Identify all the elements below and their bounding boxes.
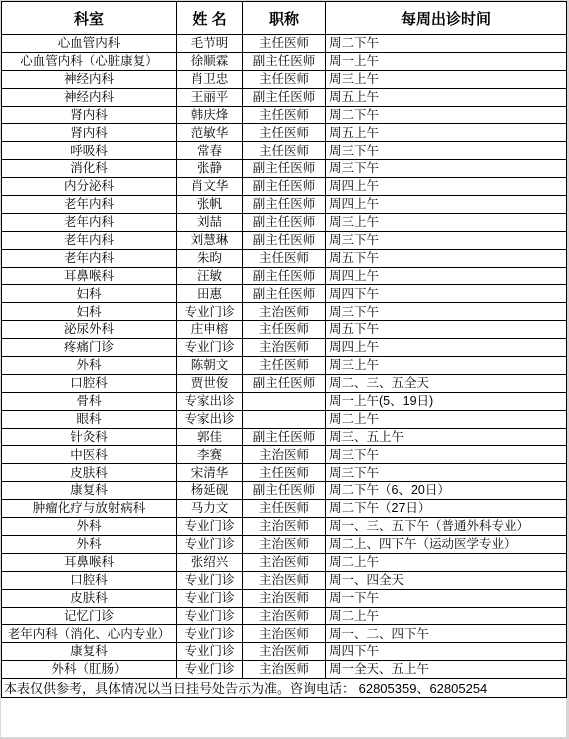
cell-schedule: 周一、三、五下午（普通外科专业） xyxy=(326,518,567,536)
cell-title: 副主任医师 xyxy=(243,178,326,196)
cell-name: 肖卫忠 xyxy=(177,70,243,88)
cell-title: 主治医师 xyxy=(243,589,326,607)
cell-schedule: 周二上午 xyxy=(326,607,567,625)
cell-schedule: 周四上午 xyxy=(326,267,567,285)
cell-name: 专业门诊 xyxy=(177,339,243,357)
cell-schedule: 周四上午 xyxy=(326,178,567,196)
column-header: 每周出诊时间 xyxy=(326,2,567,35)
cell-schedule: 周二上午 xyxy=(326,553,567,571)
cell-schedule: 周四上午 xyxy=(326,339,567,357)
table-row: 老年内科（消化、心内专业）专业门诊主治医师周一、二、四下午 xyxy=(2,625,567,643)
cell-department: 肾内科 xyxy=(2,124,177,142)
table-row: 口腔科专业门诊主治医师周一、四全天 xyxy=(2,571,567,589)
cell-title xyxy=(243,410,326,428)
cell-title: 主任医师 xyxy=(243,249,326,267)
table-row: 疼痛门诊专业门诊主治医师周四上午 xyxy=(2,339,567,357)
cell-schedule: 周三、五上午 xyxy=(326,428,567,446)
cell-name: 陈朝文 xyxy=(177,357,243,375)
table-row: 妇科专业门诊主治医师周三下午 xyxy=(2,303,567,321)
cell-department: 妇科 xyxy=(2,303,177,321)
cell-title: 主任医师 xyxy=(243,500,326,518)
cell-department: 康复科 xyxy=(2,482,177,500)
cell-schedule: 周一上午 xyxy=(326,52,567,70)
cell-department: 记忆门诊 xyxy=(2,607,177,625)
cell-department: 妇科 xyxy=(2,285,177,303)
cell-department: 皮肤科 xyxy=(2,464,177,482)
table-row: 老年内科朱昀主任医师周五下午 xyxy=(2,249,567,267)
cell-title: 副主任医师 xyxy=(243,267,326,285)
cell-department: 外科 xyxy=(2,518,177,536)
cell-schedule: 周四下午 xyxy=(326,285,567,303)
cell-name: 专业门诊 xyxy=(177,625,243,643)
cell-title: 副主任医师 xyxy=(243,482,326,500)
cell-title: 副主任医师 xyxy=(243,88,326,106)
cell-department: 肿瘤化疗与放射病科 xyxy=(2,500,177,518)
cell-department: 老年内科 xyxy=(2,196,177,214)
cell-title: 副主任医师 xyxy=(243,52,326,70)
cell-title: 主治医师 xyxy=(243,339,326,357)
cell-title: 副主任医师 xyxy=(243,428,326,446)
table-row: 眼科专家出诊周二上午 xyxy=(2,410,567,428)
cell-name: 张帆 xyxy=(177,196,243,214)
cell-department: 心血管内科（心脏康复） xyxy=(2,52,177,70)
cell-title: 主任医师 xyxy=(243,357,326,375)
cell-title xyxy=(243,392,326,410)
header-row: 科室姓 名职称每周出诊时间 xyxy=(2,2,567,35)
cell-schedule: 周五下午 xyxy=(326,321,567,339)
cell-schedule: 周五上午 xyxy=(326,124,567,142)
table-row: 皮肤科宋清华主任医师周三下午 xyxy=(2,464,567,482)
table-row: 消化科张静副主任医师周三下午 xyxy=(2,160,567,178)
table-row: 外科专业门诊主治医师周一、三、五下午（普通外科专业） xyxy=(2,518,567,536)
cell-department: 眼科 xyxy=(2,410,177,428)
table-row: 呼吸科常春主任医师周三下午 xyxy=(2,142,567,160)
cell-schedule: 周三下午 xyxy=(326,160,567,178)
cell-schedule: 周五上午 xyxy=(326,88,567,106)
cell-title: 主治医师 xyxy=(243,553,326,571)
cell-name: 专业门诊 xyxy=(177,535,243,553)
cell-name: 杨延砚 xyxy=(177,482,243,500)
cell-title: 主任医师 xyxy=(243,106,326,124)
table-row: 口腔科贾世俊副主任医师周二、三、五全天 xyxy=(2,374,567,392)
cell-name: 常春 xyxy=(177,142,243,160)
cell-name: 毛节明 xyxy=(177,35,243,53)
table-row: 耳鼻喉科张绍兴主治医师周二上午 xyxy=(2,553,567,571)
cell-schedule: 周三上午 xyxy=(326,70,567,88)
cell-name: 庄申榕 xyxy=(177,321,243,339)
table-row: 康复科杨延砚副主任医师周二下午（6、20日） xyxy=(2,482,567,500)
cell-department: 外科 xyxy=(2,535,177,553)
cell-title: 主任医师 xyxy=(243,70,326,88)
cell-department: 老年内科 xyxy=(2,249,177,267)
cell-schedule: 周三上午 xyxy=(326,357,567,375)
cell-department: 老年内科 xyxy=(2,231,177,249)
cell-name: 刘慧琳 xyxy=(177,231,243,249)
table-row: 老年内科刘慧琳副主任医师周三下午 xyxy=(2,231,567,249)
cell-department: 心血管内科 xyxy=(2,35,177,53)
cell-schedule: 周一下午 xyxy=(326,589,567,607)
cell-title: 主治医师 xyxy=(243,661,326,679)
page: 科室姓 名职称每周出诊时间 心血管内科毛节明主任医师周二下午心血管内科（心脏康复… xyxy=(0,0,569,739)
cell-department: 消化科 xyxy=(2,160,177,178)
table-body: 心血管内科毛节明主任医师周二下午心血管内科（心脏康复）徐顺霖副主任医师周一上午神… xyxy=(2,35,567,679)
cell-name: 张静 xyxy=(177,160,243,178)
cell-department: 疼痛门诊 xyxy=(2,339,177,357)
cell-schedule: 周一上午(5、19日) xyxy=(326,392,567,410)
cell-name: 专业门诊 xyxy=(177,571,243,589)
cell-department: 神经内科 xyxy=(2,70,177,88)
cell-schedule: 周一、二、四下午 xyxy=(326,625,567,643)
cell-title: 主治医师 xyxy=(243,518,326,536)
schedule-table: 科室姓 名职称每周出诊时间 心血管内科毛节明主任医师周二下午心血管内科（心脏康复… xyxy=(1,1,567,698)
cell-title: 主治医师 xyxy=(243,607,326,625)
cell-name: 专业门诊 xyxy=(177,518,243,536)
cell-name: 王丽平 xyxy=(177,88,243,106)
cell-schedule: 周四下午 xyxy=(326,643,567,661)
cell-schedule: 周三下午 xyxy=(326,231,567,249)
cell-name: 李赛 xyxy=(177,446,243,464)
cell-department: 口腔科 xyxy=(2,374,177,392)
table-row: 耳鼻喉科汪敏副主任医师周四上午 xyxy=(2,267,567,285)
cell-department: 外科 xyxy=(2,357,177,375)
cell-schedule: 周二下午（27日） xyxy=(326,500,567,518)
cell-department: 内分泌科 xyxy=(2,178,177,196)
cell-title: 副主任医师 xyxy=(243,160,326,178)
cell-title: 副主任医师 xyxy=(243,285,326,303)
table-row: 内分泌科肖文华副主任医师周四上午 xyxy=(2,178,567,196)
cell-schedule: 周二上午 xyxy=(326,410,567,428)
cell-title: 主治医师 xyxy=(243,535,326,553)
cell-title: 主任医师 xyxy=(243,321,326,339)
cell-title: 主任医师 xyxy=(243,464,326,482)
table-row: 老年内科张帆副主任医师周四上午 xyxy=(2,196,567,214)
table-row: 外科专业门诊主治医师周二上、四下午（运动医学专业） xyxy=(2,535,567,553)
footer-note: 本表仅供参考，具体情况以当日挂号处告示为准。咨询电话： 62805359、628… xyxy=(2,679,567,698)
cell-name: 专业门诊 xyxy=(177,643,243,661)
cell-name: 刘喆 xyxy=(177,213,243,231)
cell-department: 骨科 xyxy=(2,392,177,410)
cell-name: 宋清华 xyxy=(177,464,243,482)
cell-name: 专业门诊 xyxy=(177,607,243,625)
cell-title: 主任医师 xyxy=(243,35,326,53)
cell-schedule: 周三上午 xyxy=(326,213,567,231)
table-row: 皮肤科专业门诊主治医师周一下午 xyxy=(2,589,567,607)
table-row: 神经内科王丽平副主任医师周五上午 xyxy=(2,88,567,106)
cell-schedule: 周二下午 xyxy=(326,106,567,124)
table-row: 神经内科肖卫忠主任医师周三上午 xyxy=(2,70,567,88)
cell-name: 范敏华 xyxy=(177,124,243,142)
table-row: 中医科李赛主治医师周三下午 xyxy=(2,446,567,464)
cell-department: 中医科 xyxy=(2,446,177,464)
cell-schedule: 周五下午 xyxy=(326,249,567,267)
cell-name: 专业门诊 xyxy=(177,589,243,607)
cell-schedule: 周一全天、五上午 xyxy=(326,661,567,679)
cell-department: 耳鼻喉科 xyxy=(2,553,177,571)
cell-department: 口腔科 xyxy=(2,571,177,589)
table-row: 骨科专家出诊周一上午(5、19日) xyxy=(2,392,567,410)
cell-name: 张绍兴 xyxy=(177,553,243,571)
column-header: 职称 xyxy=(243,2,326,35)
table-row: 老年内科刘喆副主任医师周三上午 xyxy=(2,213,567,231)
cell-department: 呼吸科 xyxy=(2,142,177,160)
cell-department: 老年内科 xyxy=(2,213,177,231)
cell-name: 徐顺霖 xyxy=(177,52,243,70)
cell-name: 专业门诊 xyxy=(177,661,243,679)
table-row: 心血管内科毛节明主任医师周二下午 xyxy=(2,35,567,53)
cell-name: 郭佳 xyxy=(177,428,243,446)
cell-title: 主治医师 xyxy=(243,625,326,643)
cell-title: 主治医师 xyxy=(243,643,326,661)
cell-name: 专家出诊 xyxy=(177,392,243,410)
cell-name: 田惠 xyxy=(177,285,243,303)
table-row: 外科（肛肠）专业门诊主治医师周一全天、五上午 xyxy=(2,661,567,679)
cell-department: 耳鼻喉科 xyxy=(2,267,177,285)
cell-schedule: 周一、四全天 xyxy=(326,571,567,589)
table-row: 肾内科范敏华主任医师周五上午 xyxy=(2,124,567,142)
cell-name: 韩庆烽 xyxy=(177,106,243,124)
cell-schedule: 周二、三、五全天 xyxy=(326,374,567,392)
cell-department: 泌尿外科 xyxy=(2,321,177,339)
cell-title: 主任医师 xyxy=(243,124,326,142)
table-row: 妇科田惠副主任医师周四下午 xyxy=(2,285,567,303)
cell-schedule: 周二下午 xyxy=(326,35,567,53)
cell-name: 马力文 xyxy=(177,500,243,518)
cell-title: 副主任医师 xyxy=(243,196,326,214)
cell-title: 副主任医师 xyxy=(243,213,326,231)
cell-department: 针灸科 xyxy=(2,428,177,446)
table-row: 泌尿外科庄申榕主任医师周五下午 xyxy=(2,321,567,339)
cell-department: 肾内科 xyxy=(2,106,177,124)
column-header: 姓 名 xyxy=(177,2,243,35)
cell-title: 主治医师 xyxy=(243,303,326,321)
cell-title: 主治医师 xyxy=(243,571,326,589)
cell-schedule: 周二下午（6、20日） xyxy=(326,482,567,500)
cell-name: 汪敏 xyxy=(177,267,243,285)
table-row: 外科陈朝文主任医师周三上午 xyxy=(2,357,567,375)
table-row: 康复科专业门诊主治医师周四下午 xyxy=(2,643,567,661)
cell-title: 副主任医师 xyxy=(243,231,326,249)
cell-title: 副主任医师 xyxy=(243,374,326,392)
cell-name: 肖文华 xyxy=(177,178,243,196)
cell-name: 专业门诊 xyxy=(177,303,243,321)
cell-schedule: 周三下午 xyxy=(326,142,567,160)
cell-schedule: 周四上午 xyxy=(326,196,567,214)
footer-row: 本表仅供参考，具体情况以当日挂号处告示为准。咨询电话： 62805359、628… xyxy=(2,679,567,698)
cell-department: 康复科 xyxy=(2,643,177,661)
cell-department: 外科（肛肠） xyxy=(2,661,177,679)
cell-title: 主治医师 xyxy=(243,446,326,464)
cell-department: 神经内科 xyxy=(2,88,177,106)
cell-schedule: 周三下午 xyxy=(326,464,567,482)
cell-department: 老年内科（消化、心内专业） xyxy=(2,625,177,643)
cell-name: 朱昀 xyxy=(177,249,243,267)
table-row: 心血管内科（心脏康复）徐顺霖副主任医师周一上午 xyxy=(2,52,567,70)
cell-title: 主任医师 xyxy=(243,142,326,160)
cell-name: 贾世俊 xyxy=(177,374,243,392)
column-header: 科室 xyxy=(2,2,177,35)
cell-schedule: 周二上、四下午（运动医学专业） xyxy=(326,535,567,553)
cell-department: 皮肤科 xyxy=(2,589,177,607)
cell-schedule: 周三下午 xyxy=(326,303,567,321)
cell-name: 专家出诊 xyxy=(177,410,243,428)
table-row: 针灸科郭佳副主任医师周三、五上午 xyxy=(2,428,567,446)
cell-schedule: 周三下午 xyxy=(326,446,567,464)
table-row: 记忆门诊专业门诊主治医师周二上午 xyxy=(2,607,567,625)
table-row: 肿瘤化疗与放射病科马力文主任医师周二下午（27日） xyxy=(2,500,567,518)
table-row: 肾内科韩庆烽主任医师周二下午 xyxy=(2,106,567,124)
